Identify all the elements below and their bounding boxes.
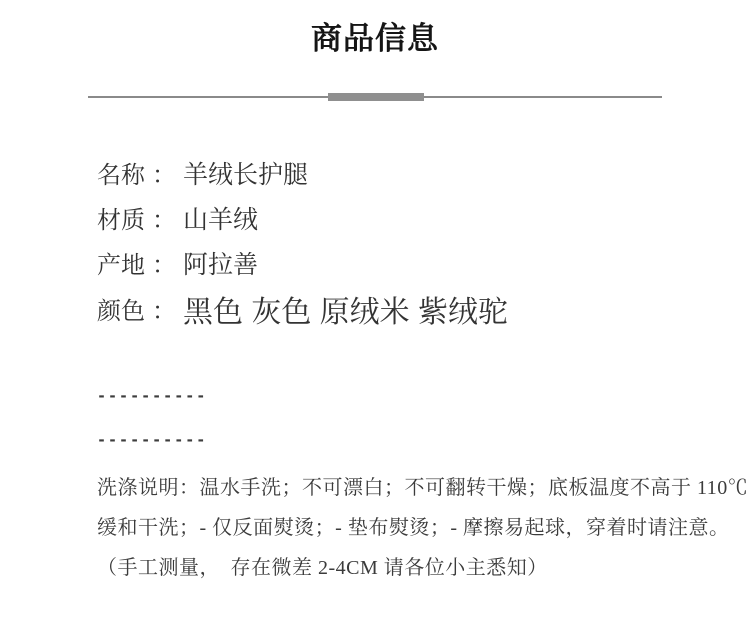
attribute-colon: ： [152,245,176,280]
attribute-label-text: 材质 [97,200,145,235]
attribute-value: 阿拉善 [183,245,258,281]
attribute-value: 山羊绒 [183,200,258,236]
attribute-colon: ： [152,200,176,235]
care-instruction-line: （手工测量， 存在微差 2-4CM 请各位小主悉知） [97,548,737,588]
attribute-label-text: 颜色 [97,291,145,326]
attribute-value: 黑色 灰色 原绒米 紫绒驼 [183,287,508,331]
attribute-label-text: 产地 [97,245,145,280]
attribute-value: 羊绒长护腿 [183,155,308,191]
dash-separator-line: ---------- [97,374,207,418]
attribute-row-name: 名称 ： 羊绒长护腿 [97,150,508,195]
attribute-label: 颜色 ： [97,291,183,326]
care-instruction-line: 缓和干洗；- 仅反面熨烫；- 垫布熨烫；- 摩擦易起球，穿着时请注意。 [97,508,737,548]
attribute-row-material: 材质 ： 山羊绒 [97,195,508,240]
attribute-label: 名称 ： [97,155,183,190]
attribute-label-text: 名称 [97,155,145,190]
title-divider-bar [328,93,424,101]
care-instructions: 洗涤说明：温水手洗；不可漂白；不可翻转干燥；底板温度不高于 110℃； 缓和干洗… [97,468,737,588]
care-instruction-line: 洗涤说明：温水手洗；不可漂白；不可翻转干燥；底板温度不高于 110℃； [97,468,737,508]
attribute-label: 产地 ： [97,245,183,280]
attribute-label: 材质 ： [97,200,183,235]
attribute-row-origin: 产地 ： 阿拉善 [97,240,508,285]
dash-separator-line: ---------- [97,418,207,462]
page-title: 商品信息 [0,21,750,57]
product-attributes: 名称 ： 羊绒长护腿 材质 ： 山羊绒 产地 ： 阿拉善 颜色 ： 黑色 灰 [97,150,508,332]
attribute-row-color: 颜色 ： 黑色 灰色 原绒米 紫绒驼 [97,285,508,332]
attribute-colon: ： [152,291,176,326]
attribute-colon: ： [152,155,176,190]
product-info-panel: 商品信息 名称 ： 羊绒长护腿 材质 ： 山羊绒 产地 ： 阿拉善 [0,0,750,628]
dash-separator: ---------- ---------- [97,374,207,462]
